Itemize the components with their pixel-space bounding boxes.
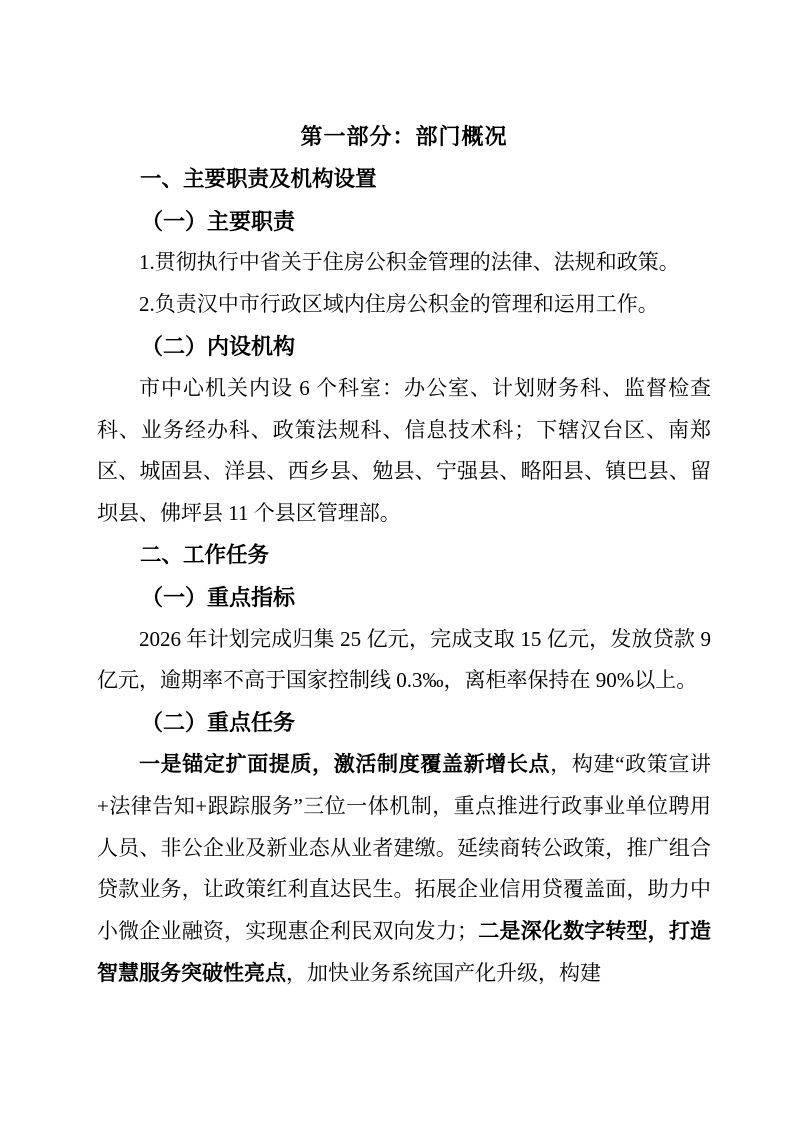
body-paragraph-duty-1: 1.贯彻执行中省关于住房公积金管理的法律、法规和政策。 — [97, 242, 711, 284]
key-task-2-detail: ，加快业务系统国产化升级，构建 — [286, 961, 601, 985]
document-content: 第一部分：部门概况 一、主要职责及机构设置 （一）主要职责 1.贯彻执行中省关于… — [97, 117, 711, 995]
section-heading-main-duties: 一、主要职责及机构设置 — [97, 159, 711, 201]
key-task-1-detail: ，构建“政策宣讲+法律告知+跟踪服务”三位一体机制，重点推进行政事业单位聘用人员… — [97, 752, 711, 943]
subsection-heading-key-tasks: （二）重点任务 — [97, 702, 711, 744]
document-title: 第一部分：部门概况 — [97, 117, 711, 159]
subsection-heading-main-duties: （一）主要职责 — [97, 201, 711, 243]
subsection-heading-key-indicators: （一）重点指标 — [97, 577, 711, 619]
body-paragraph-key-indicators: 2026 年计划完成归集 25 亿元，完成支取 15 亿元，发放贷款 9 亿元，… — [97, 619, 711, 703]
key-task-1-emphasis: 一是锚定扩面提质，激活制度覆盖新增长点 — [139, 752, 550, 776]
document-page: 第一部分：部门概况 一、主要职责及机构设置 （一）主要职责 1.贯彻执行中省关于… — [0, 0, 793, 1122]
section-heading-work-tasks: 二、工作任务 — [97, 535, 711, 577]
body-paragraph-internal-structure: 市中心机关内设 6 个科室：办公室、计划财务科、监督检查科、业务经办科、政策法规… — [97, 368, 711, 535]
subsection-heading-internal-structure: （二）内设机构 — [97, 326, 711, 368]
body-paragraph-duty-2: 2.负责汉中市行政区域内住房公积金的管理和运用工作。 — [97, 284, 711, 326]
body-paragraph-key-tasks: 一是锚定扩面提质，激活制度覆盖新增长点，构建“政策宣讲+法律告知+跟踪服务”三位… — [97, 744, 711, 995]
